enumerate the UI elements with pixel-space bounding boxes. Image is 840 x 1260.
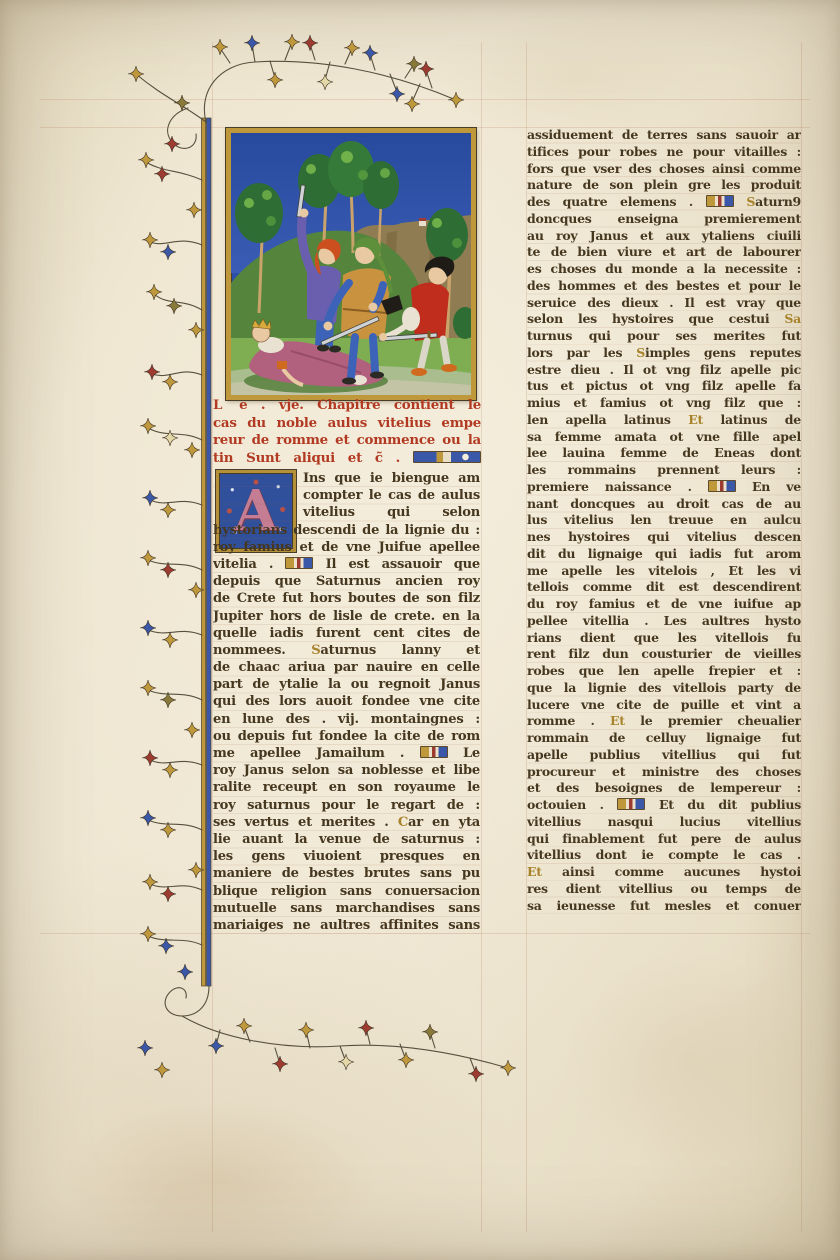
text-line: sa ieunesse fut mesles et conuer: [527, 898, 801, 915]
text-line: ralite receupt en son royaume le: [213, 779, 480, 796]
rubric-line: tin Sunt aliqui et c̃ .: [213, 450, 481, 468]
text-line: vitellius nasqui lucius vitellius: [527, 814, 801, 831]
text-line: que la lignie des vitellois party de: [527, 680, 801, 697]
text-line: roy Janus selon sa noblesse et libe: [213, 762, 480, 779]
text-line: nes hystoires qui vitelius descen: [527, 529, 801, 546]
text-line: dit du lignaige qui iadis fut arom: [527, 546, 801, 563]
text-line: mius et famius ot vng filz que :: [527, 395, 801, 412]
text-line: turnus qui pour ses merites fut: [527, 328, 801, 345]
text-line: vitelia . Il est assauoir que: [213, 556, 480, 573]
parchment-stain: [560, 950, 820, 1170]
line-filler: [413, 451, 481, 463]
text-line: vitelius qui selon aulcuns: [213, 504, 480, 521]
ruling-line: [801, 42, 802, 1232]
text-line: blique religion sans conuersacion: [213, 883, 480, 900]
text-line: mutuelle sans marchandises sans: [213, 900, 480, 917]
text-line: seruice des dieux . Il est vray que: [527, 295, 801, 312]
text-line: au roy Janus et aux ytaliens ciuili: [527, 228, 801, 245]
text-line: qui finablement fut pere de aulus: [527, 831, 801, 848]
rubric-line: cas du noble aulus vitelius empe: [213, 415, 481, 433]
text-line: lors par les Simples gens reputes: [527, 345, 801, 362]
text-line: procureur et ministre des choses: [527, 764, 801, 781]
text-line: Et ainsi comme aucunes hystoi: [527, 864, 801, 881]
text-column-right: assiduement de terres sans sauoir artifi…: [527, 127, 801, 914]
text-line: romme . Et le premier cheualier: [527, 713, 801, 730]
text-line: lee lauina femme de Eneas dont: [527, 445, 801, 462]
text-line: res dient vitellius ou temps de: [527, 881, 801, 898]
text-line: sa femme amata ot vne fille apel: [527, 429, 801, 446]
text-line: Jupiter hors de lisle de crete. en la: [213, 608, 480, 625]
text-line: octouien . Et du dit publius: [527, 797, 801, 814]
text-line: des quatre elemens . Saturn9: [527, 194, 801, 211]
text-line: vitellius dont ie compte le cas .: [527, 847, 801, 864]
text-line: len apella latinus Et latinus de: [527, 412, 801, 429]
text-line: nant doncques au droit cas de au: [527, 496, 801, 513]
highlighted-capital: C: [398, 815, 408, 830]
rubric-line: reur de romme et commence ou la: [213, 432, 481, 450]
text-line: pellee vitellia . Les aultres hysto: [527, 613, 801, 630]
miniature-assassination-scene: [226, 128, 476, 400]
line-filler: [706, 195, 734, 207]
line-filler: [285, 557, 313, 569]
text-line: me apellee Jamailum . Le: [213, 745, 480, 762]
chapter-rubric: Le . vje. Chapitre contient lecas du nob…: [213, 397, 481, 467]
rubric-line: Le . vje. Chapitre contient le: [213, 397, 481, 415]
text-line: ses vertus et merites . Car en yta: [213, 814, 480, 831]
text-line: part de ytalie la ou regnoit Janus: [213, 676, 480, 693]
text-line: rians dient que les vitellois fu: [527, 630, 801, 647]
text-line: tifices pour robes ne pour vitailles :: [527, 144, 801, 161]
text-line: roy saturnus pour le regart de :: [213, 797, 480, 814]
line-filler: [708, 480, 736, 492]
text-line: te de bien viure et art de labourer: [527, 244, 801, 261]
text-line: depuis que Saturnus ancien roy: [213, 573, 480, 590]
highlighted-capital: Et: [527, 864, 542, 879]
text-line: roy famius et de vne Juifue apellee: [213, 539, 480, 556]
text-column-left: Ins que ie biengue amcompter le cas de a…: [213, 470, 480, 934]
highlighted-capital: S: [311, 643, 320, 658]
text-line: des hommes et des bestes et pour le: [527, 278, 801, 295]
text-line: tus et pictus ot vng filz apelle fa: [527, 378, 801, 395]
text-line: selon les hystoires que cestui Sa: [527, 311, 801, 328]
text-line: qui des lors auoit fondee vne cite: [213, 693, 480, 710]
text-line: doncques enseigna premierement: [527, 211, 801, 228]
text-line: Ins que ie biengue am: [213, 470, 480, 487]
text-line: fors que vser des choses ainsi comme: [527, 161, 801, 178]
line-filler: [420, 746, 448, 758]
text-line: apelle publius vitellius qui fut: [527, 747, 801, 764]
manuscript-page: Le . vje. Chapitre contient lecas du nob…: [0, 0, 840, 1260]
text-line: rommain de celluy lignaige fut: [527, 730, 801, 747]
line-filler: [617, 798, 645, 810]
text-line: robes que len apelle frepier et :: [527, 663, 801, 680]
text-line: hystorians descendi de la lignie du :: [213, 522, 480, 539]
text-line: premiere naissance . En ve: [527, 479, 801, 496]
text-line: du roy famius et de vne iuifue ap: [527, 596, 801, 613]
text-line: tellois comme dit est descendirent: [527, 579, 801, 596]
text-line: nature de son plein gre les produit: [527, 177, 801, 194]
border-bar: [202, 118, 212, 986]
text-line: nommees. Saturnus lanny et: [213, 642, 480, 659]
text-line: maniere de bestes brutes sans pu: [213, 865, 480, 882]
text-line: estre dieu . Il ot vng filz apelle pic: [527, 362, 801, 379]
highlighted-capital: Et: [610, 713, 625, 728]
text-line: de chaac ariua par nauire en celle: [213, 659, 480, 676]
text-line: es choses du monde a la necessite :: [527, 261, 801, 278]
text-line: en lune des . vij. montaingnes :: [213, 711, 480, 728]
highlighted-capital: Sa: [784, 311, 801, 326]
highlighted-capital: S: [636, 345, 645, 360]
text-line: rent filz dun cousturier de vieilles: [527, 646, 801, 663]
highlighted-capital: S: [734, 194, 755, 209]
text-line: me apelle les vitelois , Et les vi: [527, 563, 801, 580]
text-line: assiduement de terres sans sauoir ar: [527, 127, 801, 144]
text-line: ou depuis fut fondee la cite de rom: [213, 728, 480, 745]
highlighted-capital: Et: [688, 412, 703, 427]
text-line: quelle iadis furent cent cites de: [213, 625, 480, 642]
text-line: les gens viuoient presques en: [213, 848, 480, 865]
text-line: lie auant la venue de saturnus :: [213, 831, 480, 848]
text-line: compter le cas de aulus: [213, 487, 480, 504]
text-line: mariaiges ne aultres affinites sans: [213, 917, 480, 934]
text-line: de Crete fut hors boutes de son filz: [213, 590, 480, 607]
text-line: les rommains prennent leurs :: [527, 462, 801, 479]
text-line: lus vitelius len treuue en aulcu: [527, 512, 801, 529]
line-filler: [222, 400, 239, 410]
text-line: et des besoignes de lempereur :: [527, 780, 801, 797]
text-line: lucere vne cite de puille et vint a: [527, 697, 801, 714]
